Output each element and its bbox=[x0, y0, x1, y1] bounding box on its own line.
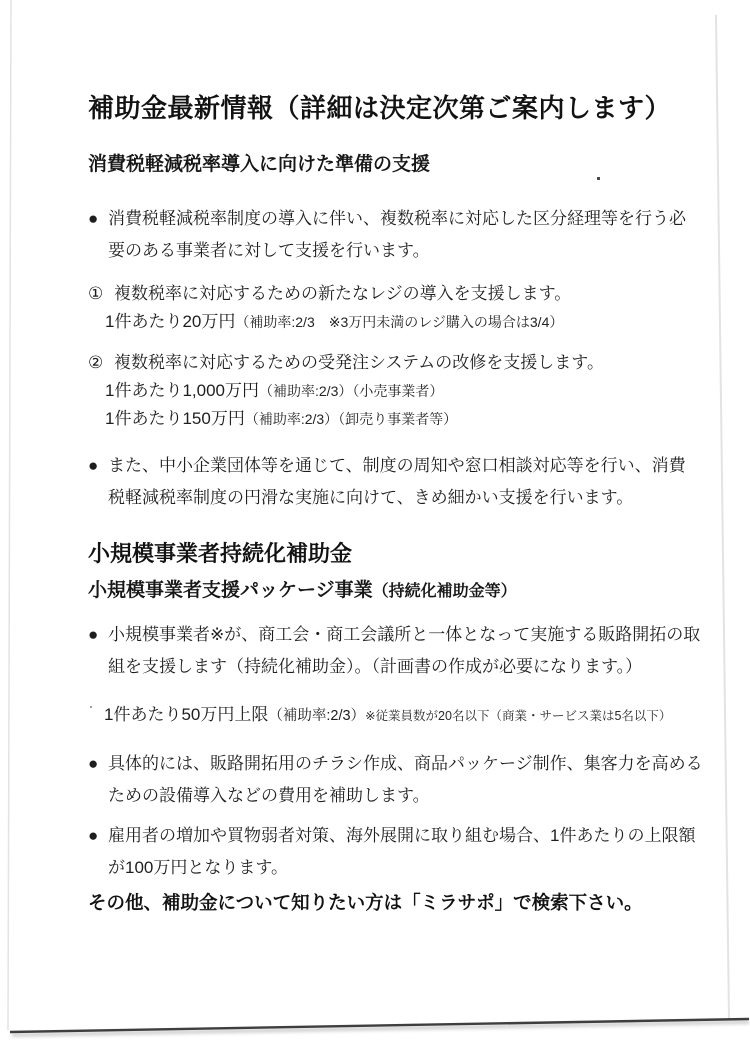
paragraph-text: また、中小企業団体等を通じて、制度の周知や窓口相談対応等を行い、消費税軽減税率制… bbox=[108, 450, 693, 514]
bullet-marker: ● bbox=[88, 619, 108, 683]
paper-bottom-shadow bbox=[12, 1022, 749, 1035]
subsidy-amount-line-retail: 1件あたり1,000万円（補助率:2/3）（小売事業者） bbox=[105, 378, 604, 404]
item-heading-row: ① 複数税率に対応するための新たなレジの導入を支援します。 bbox=[88, 281, 571, 307]
paper-left-edge bbox=[8, 0, 11, 1030]
paragraph-text: 具体的には、販路開拓用のチラシ作成、商品パッケージ制作、集客力を高めるための設備… bbox=[108, 748, 706, 812]
paragraph-text: 小規模事業者※が、商工会・商工会議所と一体となって実施する販路開拓の取組を支援し… bbox=[108, 619, 706, 683]
circled-one-marker: ① bbox=[88, 281, 114, 307]
paragraph-jizokuka-examples: ● 具体的には、販路開拓用のチラシ作成、商品パッケージ制作、集客力を高めるための… bbox=[88, 748, 706, 812]
amount-text: 1件あたり20万円 bbox=[105, 312, 235, 331]
subsidy-amount-line: 1件あたり20万円（補助率:2/3 ※3万円未満のレジ購入の場合は3/4） bbox=[105, 309, 571, 335]
bullet-marker: ● bbox=[88, 203, 108, 267]
amount-note: （補助率:2/3）（卸売り事業者等） bbox=[245, 411, 457, 427]
amount-note: （補助率:2/3 ※3万円未満のレジ購入の場合は3/4） bbox=[235, 314, 563, 330]
subheading-paren-text: （持続化補助金等） bbox=[373, 583, 517, 600]
numbered-item-register-subsidy: ① 複数税率に対応するための新たなレジの導入を支援します。 1件あたり20万円（… bbox=[88, 281, 571, 335]
footer-search-instruction: その他、補助金について知りたい方は「ミラサポ」で検索下さい。 bbox=[88, 889, 643, 915]
amount-text: 1件あたり150万円 bbox=[105, 409, 245, 428]
section-heading-jizokuka-subsidy: 小規模事業者持続化補助金 bbox=[88, 537, 352, 568]
paragraph-text: 消費税軽減税率制度の導入に伴い、複数税率に対応した区分経理等を行う必要のある事業… bbox=[108, 203, 693, 267]
bullet-marker: ● bbox=[88, 450, 108, 514]
paragraph-jizokuka-overview: ● 小規模事業者※が、商工会・商工会議所と一体となって実施する販路開拓の取組を支… bbox=[88, 619, 706, 683]
paragraph-tax-closing: ● また、中小企業団体等を通じて、制度の周知や窓口相談対応等を行い、消費税軽減税… bbox=[88, 450, 693, 514]
scanned-subsidy-flyer: 補助金最新情報（詳細は決定次第ご案内します） 消費税軽減税率導入に向けた準備の支… bbox=[0, 0, 750, 1055]
amount-text: 1件あたり1,000万円 bbox=[105, 381, 259, 400]
limit-note-text: ※従業員数が20名以下（商業・サービス業は5名以下） bbox=[365, 709, 671, 723]
item-text: 複数税率に対応するための新たなレジの導入を支援します。 bbox=[114, 281, 571, 307]
item-heading-row: ② 複数税率に対応するための受発注システムの改修を支援します。 bbox=[88, 350, 604, 376]
scan-speck-artifact-small bbox=[90, 706, 92, 708]
bullet-marker: ● bbox=[88, 820, 108, 884]
item-text: 複数税率に対応するための受発注システムの改修を支援します。 bbox=[114, 350, 604, 376]
circled-two-marker: ② bbox=[88, 350, 114, 376]
subheading-main-text: 小規模事業者支援パッケージ事業 bbox=[88, 580, 373, 601]
bullet-marker: ● bbox=[88, 748, 108, 812]
paragraph-text: 雇用者の増加や買物弱者対策、海外展開に取り組む場合、1件あたりの上限額が100万… bbox=[108, 820, 706, 884]
numbered-item-order-system-subsidy: ② 複数税率に対応するための受発注システムの改修を支援します。 1件あたり1,0… bbox=[88, 350, 604, 432]
section-subheading-package: 小規模事業者支援パッケージ事業（持続化補助金等） bbox=[88, 575, 517, 602]
limit-rate-text: （補助率:2/3） bbox=[268, 708, 365, 724]
amount-note: （補助率:2/3）（小売事業者） bbox=[259, 383, 443, 399]
limit-amount-text: 1件あたり50万円上限 bbox=[104, 705, 268, 724]
paragraph-jizokuka-upper-limit: ● 雇用者の増加や買物弱者対策、海外展開に取り組む場合、1件あたりの上限額が10… bbox=[88, 820, 706, 884]
subsidy-limit-line: 1件あたり50万円上限（補助率:2/3）※従業員数が20名以下（商業・サービス業… bbox=[104, 700, 671, 725]
page-title: 補助金最新情報（詳細は決定次第ご案内します） bbox=[88, 88, 671, 125]
scan-speck-artifact bbox=[597, 177, 600, 180]
paper-right-edge bbox=[716, 15, 729, 1020]
subsidy-amount-line-wholesale: 1件あたり150万円（補助率:2/3）（卸売り事業者等） bbox=[105, 406, 604, 432]
paper-bottom-edge bbox=[10, 1019, 749, 1032]
section-heading-tax-rate-support: 消費税軽減税率導入に向けた準備の支援 bbox=[88, 149, 430, 176]
paragraph-tax-intro: ● 消費税軽減税率制度の導入に伴い、複数税率に対応した区分経理等を行う必要のある… bbox=[88, 203, 693, 267]
